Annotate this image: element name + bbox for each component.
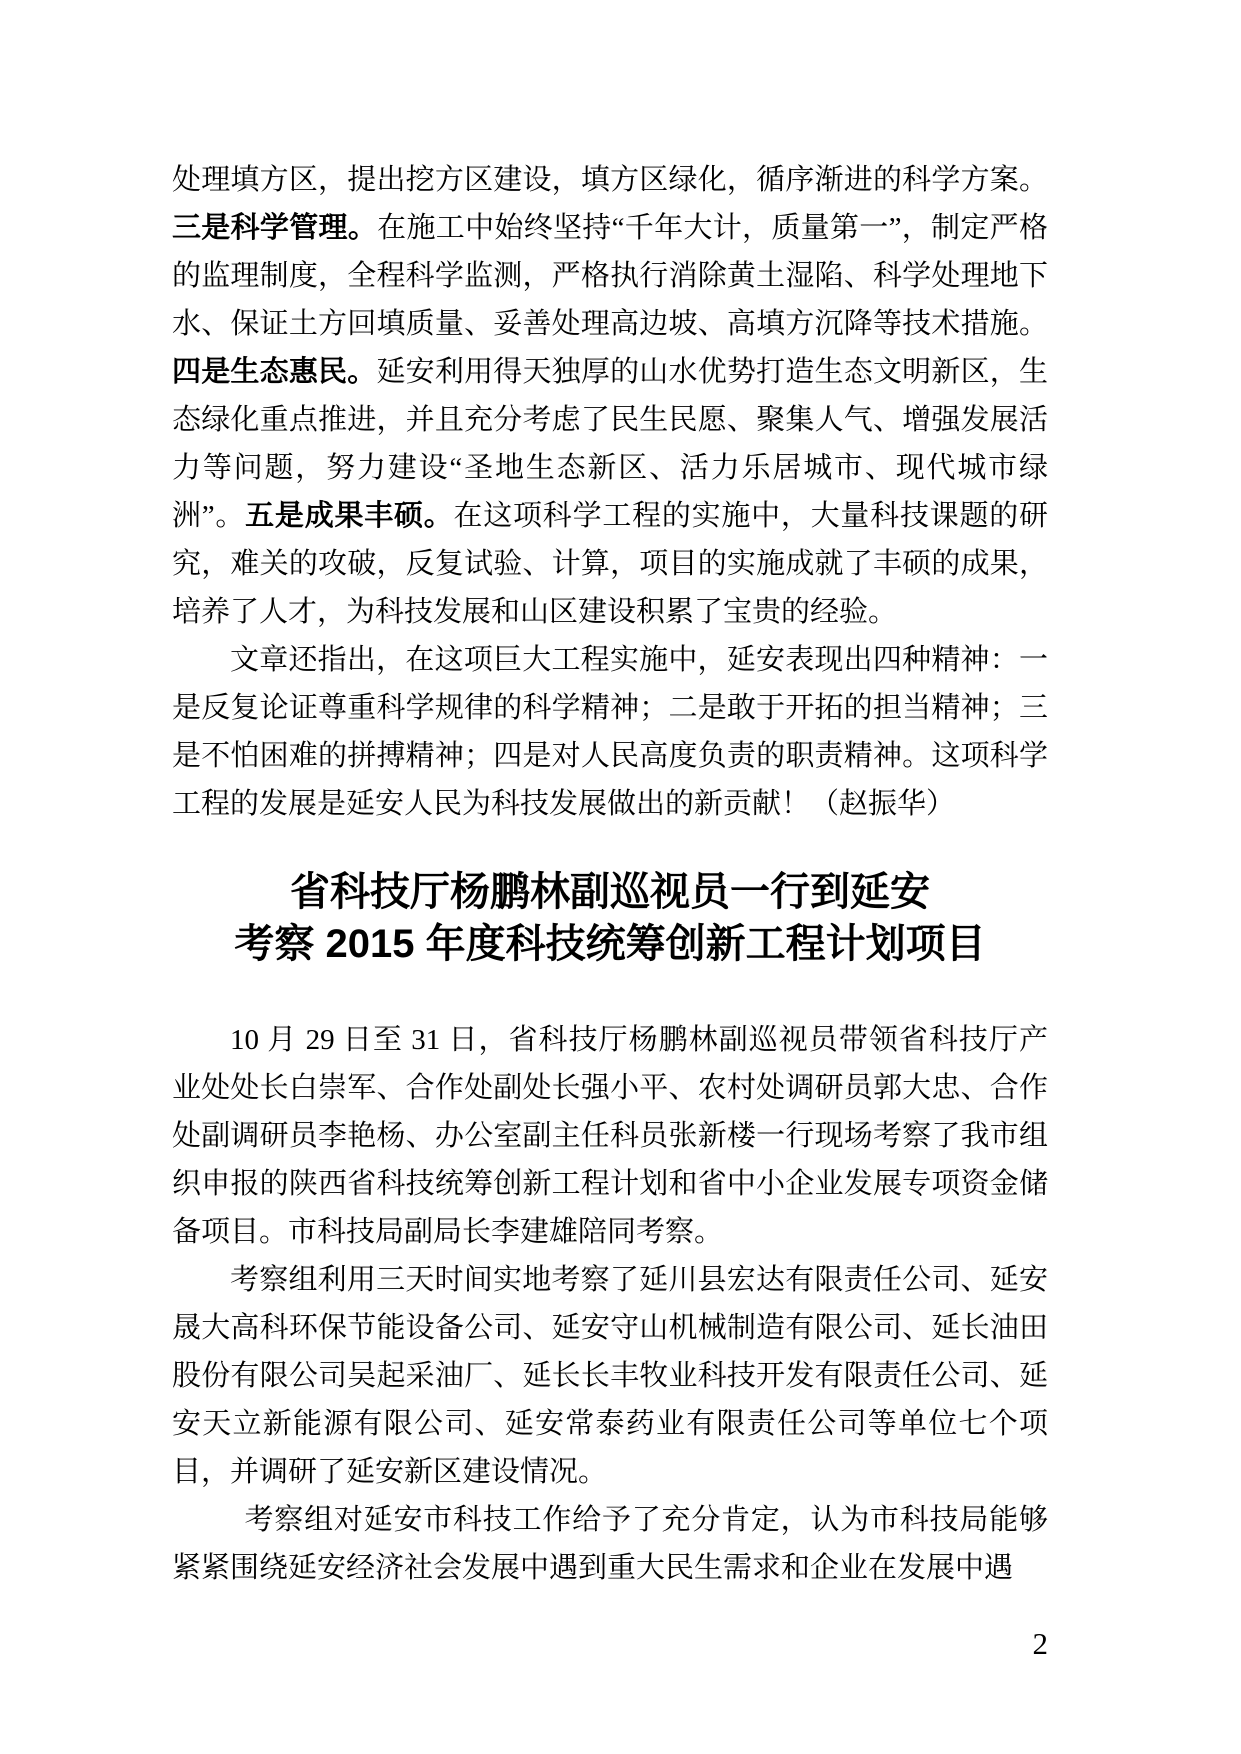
article-1-spirit-paragraph: 文章还指出，在这项巨大工程实施中，延安表现出四种精神：一是反复论证尊重科学规律的…: [172, 636, 1048, 828]
article-2-paragraph-2: 考察组利用三天时间实地考察了延川县宏达有限责任公司、延安晟大高科环保节能设备公司…: [172, 1256, 1048, 1496]
title-line-2: 考察 2015 年度科技统筹创新工程计划项目: [172, 918, 1048, 970]
bold-lead-in-three: 三是科学管理。: [172, 212, 377, 244]
page-content: 处理填方区，提出挖方区建设，填方区绿化，循序渐进的科学方案。三是科学管理。在施工…: [172, 156, 1048, 1592]
paragraph-text: 处理填方区，提出挖方区建设，填方区绿化，循序渐进的科学方案。: [172, 164, 1048, 196]
article-2: 10 月 29 日至 31 日，省科技厅杨鹏林副巡视员带领省科技厅产业处处长白崇…: [172, 1016, 1048, 1592]
article-2-paragraph-1: 10 月 29 日至 31 日，省科技厅杨鹏林副巡视员带领省科技厅产业处处长白崇…: [172, 1016, 1048, 1256]
article-2-title: 省科技厅杨鹏林副巡视员一行到延安考察 2015 年度科技统筹创新工程计划项目: [172, 866, 1048, 970]
document-page: 处理填方区，提出挖方区建设，填方区绿化，循序渐进的科学方案。三是科学管理。在施工…: [0, 0, 1241, 1754]
article-1-continued-paragraph: 处理填方区，提出挖方区建设，填方区绿化，循序渐进的科学方案。三是科学管理。在施工…: [172, 156, 1048, 636]
page-number: 2: [1033, 1627, 1049, 1661]
title-line-1: 省科技厅杨鹏林副巡视员一行到延安: [172, 866, 1048, 918]
bold-lead-in-five: 五是成果丰硕。: [245, 500, 453, 532]
article-1: 处理填方区，提出挖方区建设，填方区绿化，循序渐进的科学方案。三是科学管理。在施工…: [172, 156, 1048, 828]
article-2-paragraph-3: 考察组对延安市科技工作给予了充分肯定，认为市科技局能够紧紧围绕延安经济社会发展中…: [172, 1496, 1048, 1592]
bold-lead-in-four: 四是生态惠民。: [172, 356, 376, 388]
